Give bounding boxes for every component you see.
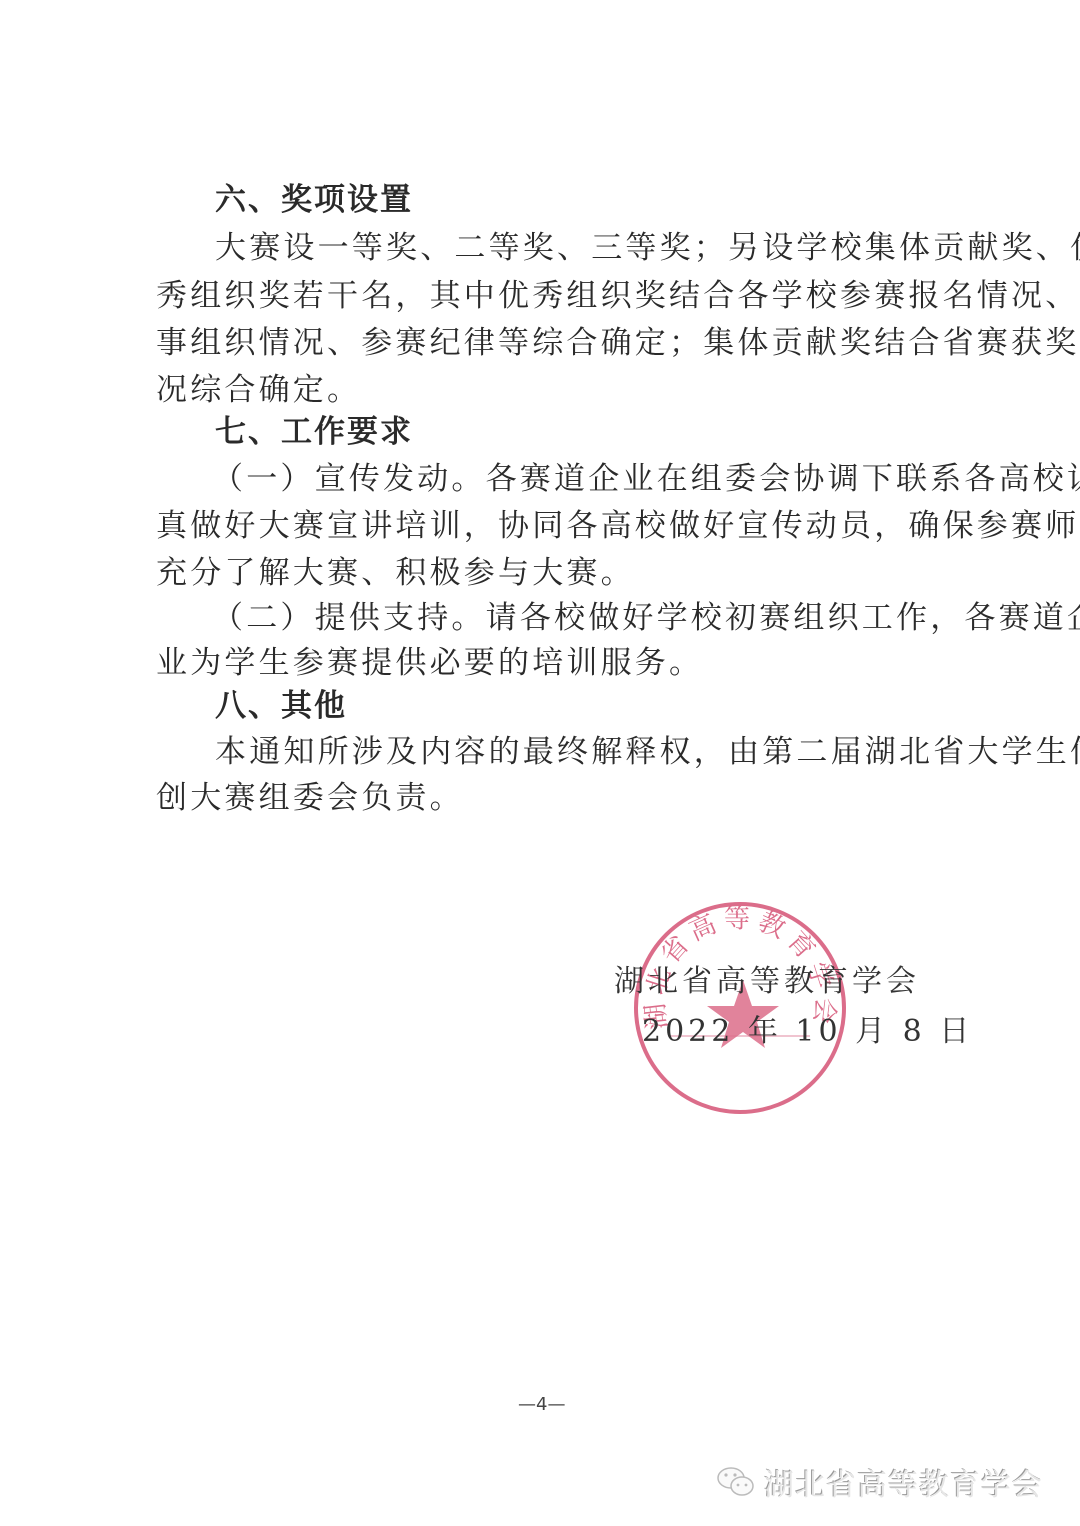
page-number: —4— — [518, 1394, 565, 1415]
signature-organization: 湖北省高等教育学会 — [614, 962, 920, 1002]
paragraph-line: 况综合确定。 — [156, 370, 361, 410]
paragraph-line: 本通知所涉及内容的最终解释权，由第二届湖北省大学生信 — [215, 732, 1080, 772]
section-heading-requirements: 七、工作要求 — [215, 412, 413, 452]
section-heading-other: 八、其他 — [215, 686, 347, 726]
section-heading-awards: 六、奖项设置 — [215, 180, 413, 220]
paragraph-line: 创大赛组委会负责。 — [156, 778, 464, 818]
paragraph-line: 充分了解大赛、积极参与大赛。 — [156, 553, 635, 593]
paragraph-line: （二）提供支持。请各校做好学校初赛组织工作，各赛道企 — [212, 598, 1080, 638]
paragraph-line: 大赛设一等奖、二等奖、三等奖；另设学校集体贡献奖、优 — [215, 228, 1080, 268]
wechat-icon — [716, 1465, 756, 1499]
paragraph-line: 真做好大赛宣讲培训，协同各高校做好宣传动员，确保参赛师生 — [156, 506, 1080, 546]
paragraph-line: 业为学生参赛提供必要的培训服务。 — [156, 643, 703, 683]
paragraph-line: 秀组织奖若干名，其中优秀组织奖结合各学校参赛报名情况、赛 — [156, 276, 1080, 316]
official-seal-stamp: 湖北省高等教育学会 — [630, 898, 850, 1118]
watermark-text: 湖北省高等教育学会 — [764, 1460, 1043, 1504]
document-page: 六、奖项设置 大赛设一等奖、二等奖、三等奖；另设学校集体贡献奖、优 秀组织奖若干… — [0, 0, 1080, 1526]
wechat-watermark: 湖北省高等教育学会 — [716, 1462, 1043, 1502]
signature-date: 2022 年 10 月 8 日 — [642, 1012, 973, 1052]
paragraph-line: （一）宣传发动。各赛道企业在组委会协调下联系各高校认 — [212, 459, 1080, 499]
paragraph-line: 事组织情况、参赛纪律等综合确定；集体贡献奖结合省赛获奖情 — [156, 323, 1080, 363]
